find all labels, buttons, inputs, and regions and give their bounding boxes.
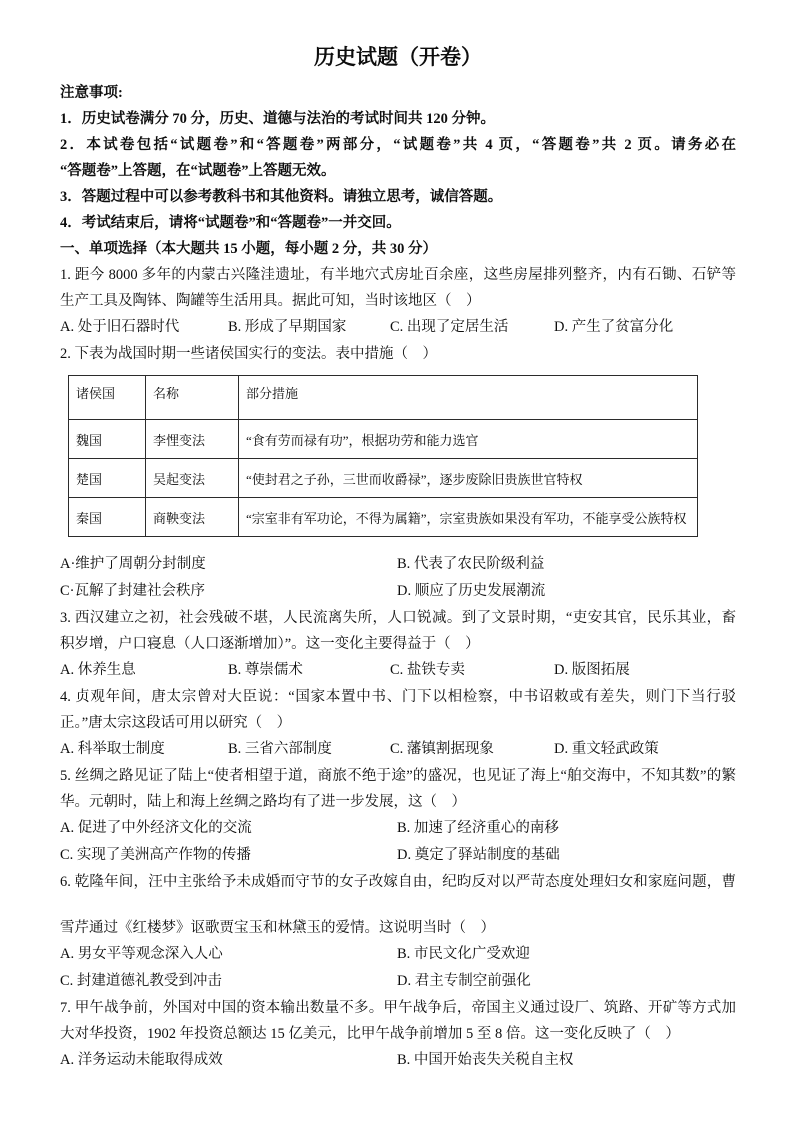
q7-option-b: B. 中国开始丧失关税自主权 — [397, 1047, 736, 1074]
q6-option-a: A. 男女平等观念深入人心 — [60, 941, 397, 968]
q2-option-row-2: C·瓦解了封建社会秩序D. 顺应了历史发展潮流 — [60, 578, 736, 605]
q2-table-cell-r1c1: 魏国 — [69, 420, 146, 459]
q5-option-b: B. 加速了经济重心的南移 — [397, 815, 736, 842]
question-list: 1. 距今 8000 多年的内蒙古兴隆洼遗址，有半地穴式房址百余座，这些房屋排列… — [60, 262, 736, 1074]
q6-stem-cont: 雪芹通过《红楼梦》讴歌贾宝玉和林黛玉的爱情。这说明当时（ ） — [60, 915, 736, 941]
q4-option-c: C. 藩镇割据现象 — [390, 736, 554, 763]
question-q2: 2. 下表为战国时期一些诸侯国实行的变法。表中措施（ ）诸侯国名称部分措施魏国李… — [60, 341, 736, 605]
question-q7: 7. 甲午战争前，外国对中国的资本输出数量不多。甲午战争后，帝国主义通过设厂、筑… — [60, 995, 736, 1074]
q2-option-c: C·瓦解了封建社会秩序 — [60, 578, 397, 605]
q7-option-row-1: A. 洋务运动未能取得成效B. 中国开始丧失关税自主权 — [60, 1047, 736, 1074]
q2-option-row-1: A·维护了周朝分封制度B. 代表了农民阶级利益 — [60, 551, 736, 578]
q1-stem: 1. 距今 8000 多年的内蒙古兴隆洼遗址，有半地穴式房址百余座，这些房屋排列… — [60, 262, 736, 288]
q5-option-a: A. 促进了中外经济文化的交流 — [60, 815, 397, 842]
q2-table-header-3: 部分措施 — [239, 376, 698, 420]
q5-option-row-1: A. 促进了中外经济文化的交流B. 加速了经济重心的南移 — [60, 815, 736, 842]
q1-option-a: A. 处于旧石器时代 — [60, 314, 228, 341]
q6-option-row-2: C. 封建道德礼教受到冲击D. 君主专制空前强化 — [60, 968, 736, 995]
exam-paper: 历史试题（开卷） 注意事项: 1．历史试卷满分 70 分，历史、道德与法治的考试… — [0, 0, 795, 1125]
q5-option-row-2: C. 实现了美洲高产作物的传播D. 奠定了驿站制度的基础 — [60, 842, 736, 869]
question-q1: 1. 距今 8000 多年的内蒙古兴隆洼遗址，有半地穴式房址百余座，这些房屋排列… — [60, 262, 736, 341]
q6-option-b: B. 市民文化广受欢迎 — [397, 941, 736, 968]
q7-stem-cont: 大对华投资，1902 年投资总额达 15 亿美元，比甲午战争前增加 5 至 8 … — [60, 1021, 736, 1047]
notice-item-2-cont: “答题卷”上答题，在“试题卷”上答题无效。 — [60, 158, 736, 184]
q2-table-cell-r3c3: “宗室非有军功论，不得为属籍”，宗室贵族如果没有军功，不能享受公族特权 — [239, 498, 698, 537]
q5-stem: 5. 丝绸之路见证了陆上“使者相望于道，商旅不绝于途”的盛况，也见证了海上“舶交… — [60, 763, 736, 789]
q1-option-row-1: A. 处于旧石器时代B. 形成了早期国家C. 出现了定居生活D. 产生了贫富分化 — [60, 314, 736, 341]
q2-table-header-1: 诸侯国 — [69, 376, 146, 420]
q2-table-cell-r1c3: “食有劳而禄有功”，根据功劳和能力选官 — [239, 420, 698, 459]
q2-option-a: A·维护了周朝分封制度 — [60, 551, 397, 578]
q5-option-c: C. 实现了美洲高产作物的传播 — [60, 842, 397, 869]
q2-table-cell-r2c2: 吴起变法 — [146, 459, 239, 498]
question-q5: 5. 丝绸之路见证了陆上“使者相望于道，商旅不绝于途”的盛况，也见证了海上“舶交… — [60, 763, 736, 869]
q2-option-d: D. 顺应了历史发展潮流 — [397, 578, 736, 605]
q1-option-c: C. 出现了定居生活 — [390, 314, 554, 341]
q4-option-b: B. 三省六部制度 — [228, 736, 390, 763]
q4-stem-cont: 正。”唐太宗这段话可用以研究（ ） — [60, 710, 736, 736]
section-heading: 一、单项选择（本大题共 15 小题，每小题 2 分，共 30 分） — [60, 236, 736, 262]
notice-item-2: 2．本试卷包括“试题卷”和“答题卷”两部分，“试题卷”共 4 页，“答题卷”共 … — [60, 132, 736, 158]
q1-option-b: B. 形成了早期国家 — [228, 314, 390, 341]
q1-stem-cont: 生产工具及陶钵、陶罐等生活用具。据此可知，当时该地区（ ） — [60, 288, 736, 314]
question-q3: 3. 西汉建立之初，社会残破不堪，人民流离失所，人口锐减。到了文景时期，“吏安其… — [60, 605, 736, 684]
q3-option-row-1: A. 休养生息B. 尊崇儒术C. 盐铁专卖D. 版图拓展 — [60, 657, 736, 684]
q2-stem: 2. 下表为战国时期一些诸侯国实行的变法。表中措施（ ） — [60, 341, 736, 367]
q2-table-cell-r3c1: 秦国 — [69, 498, 146, 537]
q3-stem: 3. 西汉建立之初，社会残破不堪，人民流离失所，人口锐减。到了文景时期，“吏安其… — [60, 605, 736, 631]
q1-option-d: D. 产生了贫富分化 — [554, 314, 736, 341]
q3-option-b: B. 尊崇儒术 — [228, 657, 390, 684]
question-q4: 4. 贞观年间，唐太宗曾对大臣说：“国家本置中书、门下以相检察，中书诏敕或有差失… — [60, 684, 736, 763]
notice-list: 1．历史试卷满分 70 分，历史、道德与法治的考试时间共 120 分钟。2．本试… — [60, 106, 736, 236]
notice-item-1: 1．历史试卷满分 70 分，历史、道德与法治的考试时间共 120 分钟。 — [60, 106, 736, 132]
q2-table-cell-r2c1: 楚国 — [69, 459, 146, 498]
q2-table-header-2: 名称 — [146, 376, 239, 420]
question-q6: 6. 乾隆年间，汪中主张给予未成婚而守节的女子改嫁自由，纪昀反对以严苛态度处理妇… — [60, 869, 736, 995]
q2-table: 诸侯国名称部分措施魏国李悝变法“食有劳而禄有功”，根据功劳和能力选官楚国吴起变法… — [68, 375, 698, 537]
q2-table-row-1: 魏国李悝变法“食有劳而禄有功”，根据功劳和能力选官 — [69, 420, 698, 459]
q4-option-a: A. 科举取士制度 — [60, 736, 228, 763]
q5-option-d: D. 奠定了驿站制度的基础 — [397, 842, 736, 869]
paper-title: 历史试题（开卷） — [60, 44, 736, 70]
q3-stem-cont: 积岁增，户口寝息（人口逐渐增加）”。这一变化主要得益于（ ） — [60, 631, 736, 657]
q2-table-cell-r1c2: 李悝变法 — [146, 420, 239, 459]
notice-heading: 注意事项: — [60, 80, 736, 106]
q6-option-d: D. 君主专制空前强化 — [397, 968, 736, 995]
q4-option-d: D. 重文轻武政策 — [554, 736, 736, 763]
q5-stem-cont: 华。元朝时，陆上和海上丝绸之路均有了进一步发展，这（ ） — [60, 789, 736, 815]
q6-option-c: C. 封建道德礼教受到冲击 — [60, 968, 397, 995]
notice-item-3: 3．答题过程中可以参考教科书和其他资料。请独立思考，诚信答题。 — [60, 184, 736, 210]
q6-stem: 6. 乾隆年间，汪中主张给予未成婚而守节的女子改嫁自由，纪昀反对以严苛态度处理妇… — [60, 869, 736, 895]
q2-table-cell-r3c2: 商鞅变法 — [146, 498, 239, 537]
q6-option-row-1: A. 男女平等观念深入人心B. 市民文化广受欢迎 — [60, 941, 736, 968]
q4-option-row-1: A. 科举取士制度B. 三省六部制度C. 藩镇割据现象D. 重文轻武政策 — [60, 736, 736, 763]
q2-table-row-3: 秦国商鞅变法“宗室非有军功论，不得为属籍”，宗室贵族如果没有军功，不能享受公族特… — [69, 498, 698, 537]
q2-option-b: B. 代表了农民阶级利益 — [397, 551, 736, 578]
q3-option-a: A. 休养生息 — [60, 657, 228, 684]
q7-option-a: A. 洋务运动未能取得成效 — [60, 1047, 397, 1074]
q4-stem: 4. 贞观年间，唐太宗曾对大臣说：“国家本置中书、门下以相检察，中书诏敕或有差失… — [60, 684, 736, 710]
q2-table-row-2: 楚国吴起变法“使封君之子孙，三世而收爵禄”，逐步废除旧贵族世官特权 — [69, 459, 698, 498]
notice-item-4: 4．考试结束后，请将“试题卷”和“答题卷”一并交回。 — [60, 210, 736, 236]
q2-table-header-row: 诸侯国名称部分措施 — [69, 376, 698, 420]
q7-stem: 7. 甲午战争前，外国对中国的资本输出数量不多。甲午战争后，帝国主义通过设厂、筑… — [60, 995, 736, 1021]
q3-option-c: C. 盐铁专卖 — [390, 657, 554, 684]
q2-table-cell-r2c3: “使封君之子孙，三世而收爵禄”，逐步废除旧贵族世官特权 — [239, 459, 698, 498]
q3-option-d: D. 版图拓展 — [554, 657, 736, 684]
